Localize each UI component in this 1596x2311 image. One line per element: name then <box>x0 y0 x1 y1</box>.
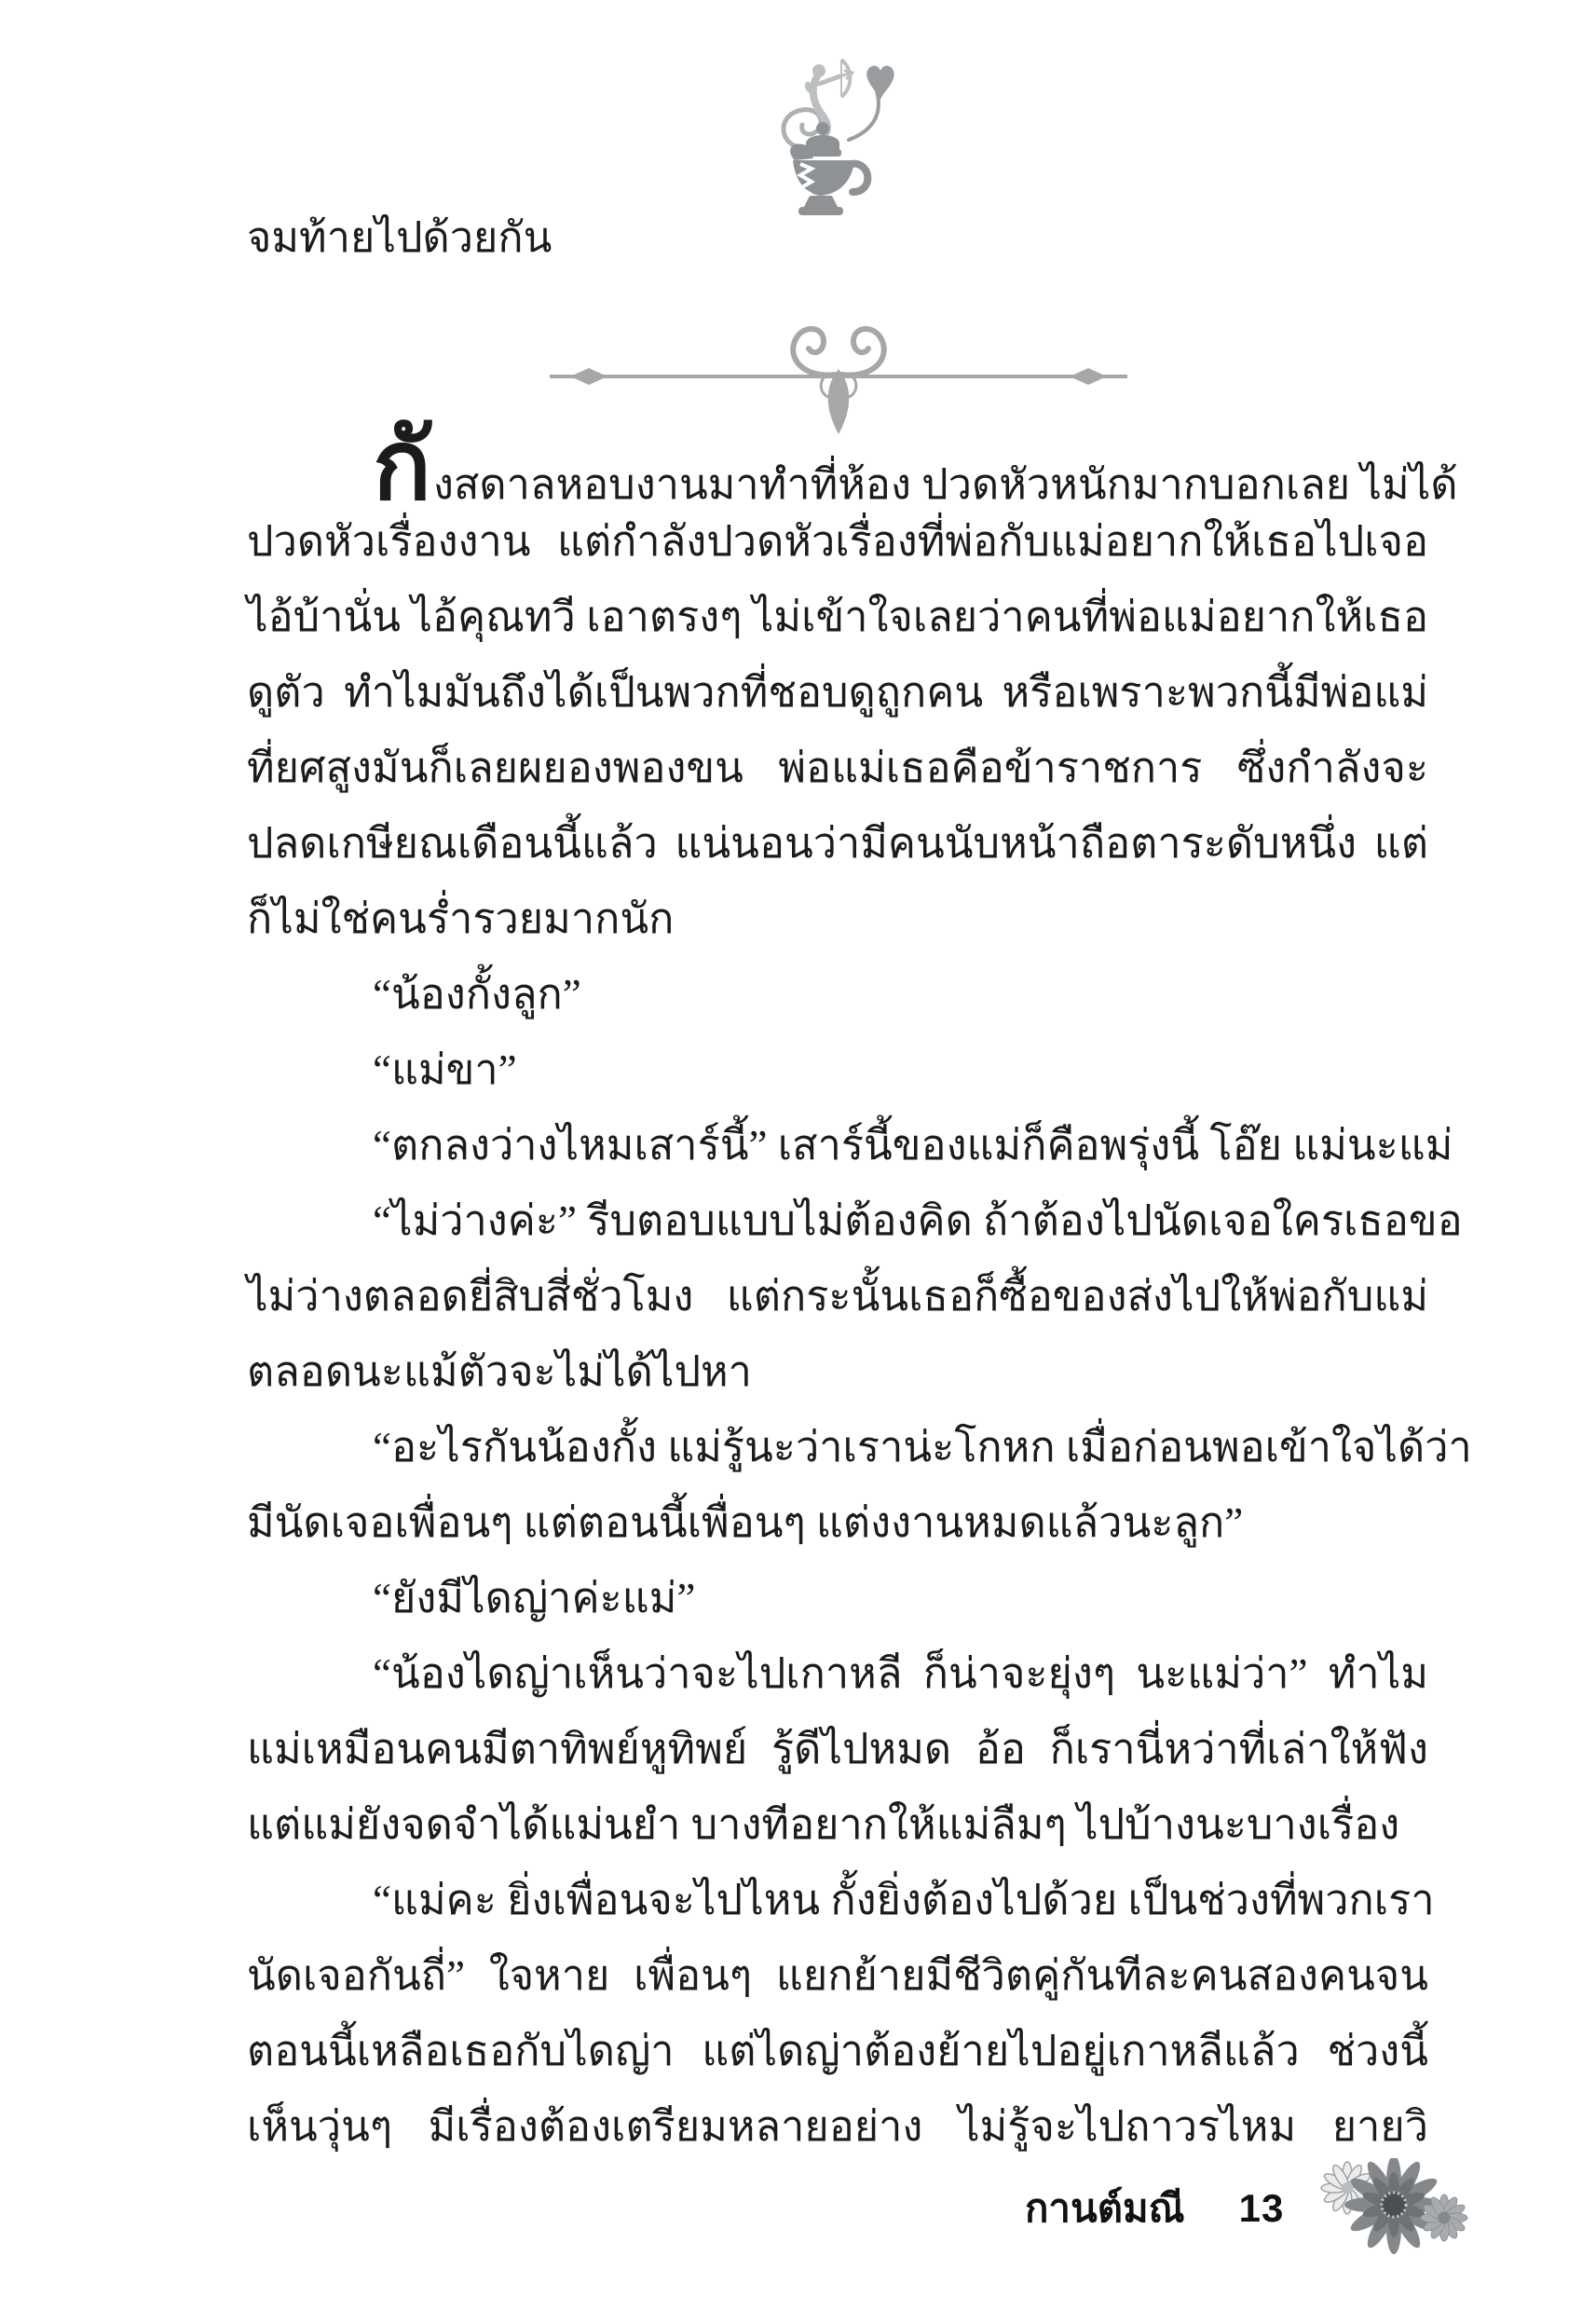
text-line: ปลดเกษียณเดือนนี้แล้ว แน่นอนว่ามีคนนับหน… <box>247 806 1428 882</box>
running-book-title: กานต์มณี <box>1025 2178 1185 2239</box>
line-text: ที่ยศสูงมันก็เลยผยองพองขน พ่อแม่เธอคือข้… <box>247 745 1428 791</box>
text-line: ไม่ว่างตลอดยี่สิบสี่ชั่วโมง แต่กระนั้นเธ… <box>247 1259 1428 1334</box>
text-line: “ไม่ว่างค่ะ” รีบตอบแบบไม่ต้องคิด ถ้าต้อง… <box>247 1183 1428 1259</box>
line-text: “น้องกั้งลูก” <box>373 971 581 1018</box>
text-line: ดูตัว ทำไมมันถึงได้เป็นพวกที่ชอบดูถูกคน … <box>247 655 1428 731</box>
left-diamond <box>570 368 607 385</box>
text-line: ที่ยศสูงมันก็เลยผยองพองขน พ่อแม่เธอคือข้… <box>247 731 1428 806</box>
text-line: “แม่คะ ยิ่งเพื่อนจะไปไหน กั้งยิ่งต้องไปด… <box>247 1863 1428 1938</box>
text-line: “น้องไดญ่าเห็นว่าจะไปเกาหลี ก็น่าจะยุ่งๆ… <box>247 1636 1428 1712</box>
section-divider-ornament-icon <box>550 309 1127 442</box>
text-line: นัดเจอกันถี่” ใจหาย เพื่อนๆ แยกย้ายมีชีว… <box>247 1938 1428 2014</box>
right-scroll <box>842 329 884 376</box>
book-page: จมท้ายไปด้วยกัน กังสดาลหอบงานมาทำที่ห้อง… <box>0 0 1596 2311</box>
text-line: “ยังมีไดญ่าค่ะแม่” <box>247 1561 1428 1636</box>
text-line: มีนัดเจอเพื่อนๆ แต่ตอนนี้เพื่อนๆ แต่งงาน… <box>247 1485 1428 1561</box>
continuation-text: จมท้ายไปด้วยกัน <box>247 200 1428 275</box>
line-text: ไอ้บ้านั่น ไอ้คุณทวี เอาตรงๆ ไม่เข้าใจเล… <box>247 594 1428 640</box>
text-line: “ตกลงว่างไหมเสาร์นี้” เสาร์นี้ของแม่ก็คื… <box>247 1108 1428 1183</box>
text-line: ตลอดนะแม้ตัวจะไม่ได้ไปหา <box>247 1334 1428 1410</box>
line-text: “แม่ขา” <box>373 1046 517 1093</box>
text-line: “อะไรกันน้องกั้ง แม่รู้นะว่าเราน่ะโกหก เ… <box>247 1410 1428 1485</box>
line-text: ก็ไม่ใช่คนร่ำรวยมากนัก <box>247 896 674 942</box>
heart-tail-swirl <box>849 88 879 140</box>
flower-cluster-ornament-icon <box>1316 2158 1472 2259</box>
line-text: ดูตัว ทำไมมันถึงได้เป็นพวกที่ชอบดูถูกคน … <box>247 669 1428 716</box>
right-diamond <box>1070 368 1107 385</box>
line-text: มีนัดเจอเพื่อนๆ แต่ตอนนี้เพื่อนๆ แต่งงาน… <box>247 1499 1243 1546</box>
body-text: กังสดาลหอบงานมาทำที่ห้อง ปวดหัวหนักมากบอ… <box>247 429 1428 2165</box>
text-line: แม่เหมือนคนมีตาทิพย์หูทิพย์ รู้ดีไปหมด อ… <box>247 1712 1428 1787</box>
left-scroll <box>793 329 835 376</box>
line-text: ตอนนี้เหลือเธอกับไดญ่า แต่ไดญ่าต้องย้ายไ… <box>247 2028 1428 2074</box>
line-text: “ยังมีไดญ่าค่ะแม่” <box>373 1575 695 1621</box>
text-line: ไอ้บ้านั่น ไอ้คุณทวี เอาตรงๆ ไม่เข้าใจเล… <box>247 580 1428 655</box>
line-text: “ไม่ว่างค่ะ” รีบตอบแบบไม่ต้องคิด ถ้าต้อง… <box>373 1197 1463 1244</box>
line-text: “อะไรกันน้องกั้ง แม่รู้นะว่าเราน่ะโกหก เ… <box>373 1424 1472 1470</box>
text-line: ตอนนี้เหลือเธอกับไดญ่า แต่ไดญ่าต้องย้ายไ… <box>247 2014 1428 2089</box>
text-line: ปวดหัวเรื่องงาน แต่กำลังปวดหัวเรื่องที่พ… <box>247 504 1428 580</box>
text-line: เห็นวุ่นๆ มีเรื่องต้องเตรียมหลายอย่าง ไม… <box>247 2089 1428 2165</box>
text-line: “น้องกั้งลูก” <box>247 957 1428 1032</box>
text-line: ก็ไม่ใช่คนร่ำรวยมากนัก <box>247 882 1428 957</box>
text-line: “แม่ขา” <box>247 1032 1428 1108</box>
line-text: ไม่ว่างตลอดยี่สิบสี่ชั่วโมง แต่กระนั้นเธ… <box>247 1273 1428 1320</box>
line-text: นัดเจอกันถี่” ใจหาย เพื่อนๆ แยกย้ายมีชีว… <box>247 1952 1428 1999</box>
line-text: “แม่คะ ยิ่งเพื่อนจะไปไหน กั้งยิ่งต้องไปด… <box>373 1877 1435 1923</box>
spade-drop <box>828 369 850 434</box>
line-text: แม่เหมือนคนมีตาทิพย์หูทิพย์ รู้ดีไปหมด อ… <box>247 1726 1428 1772</box>
line-text: ปวดหัวเรื่องงาน แต่กำลังปวดหัวเรื่องที่พ… <box>247 518 1428 565</box>
text-line: แต่แม่ยังจดจำได้แม่นยำ บางทีอยากให้แม่ลื… <box>247 1787 1428 1863</box>
text-line: กังสดาลหอบงานมาทำที่ห้อง ปวดหัวหนักมากบอ… <box>247 429 1428 504</box>
cupid-icon <box>805 60 853 132</box>
line-text: ตลอดนะแม้ตัวจะไม่ได้ไปหา <box>247 1348 752 1395</box>
line-text: แต่แม่ยังจดจำได้แม่นยำ บางทีอยากให้แม่ลื… <box>247 1801 1399 1848</box>
line-text: เห็นวุ่นๆ มีเรื่องต้องเตรียมหลายอย่าง ไม… <box>247 2103 1428 2150</box>
line-text: “น้องไดญ่าเห็นว่าจะไปเกาหลี ก็น่าจะยุ่งๆ… <box>373 1650 1428 1697</box>
line-text: “ตกลงว่างไหมเสาร์นี้” เสาร์นี้ของแม่ก็คื… <box>373 1122 1453 1169</box>
page-number: 13 <box>1239 2186 1285 2231</box>
line-text: ปลดเกษียณเดือนนี้แล้ว แน่นอนว่ามีคนนับหน… <box>247 820 1428 867</box>
heart-icon <box>866 66 893 100</box>
page-footer: กานต์มณี 13 <box>1025 2167 1472 2250</box>
line-text: งสดาลหอบงานมาทำที่ห้อง ปวดหัวหนักมากบอกเ… <box>433 461 1458 508</box>
